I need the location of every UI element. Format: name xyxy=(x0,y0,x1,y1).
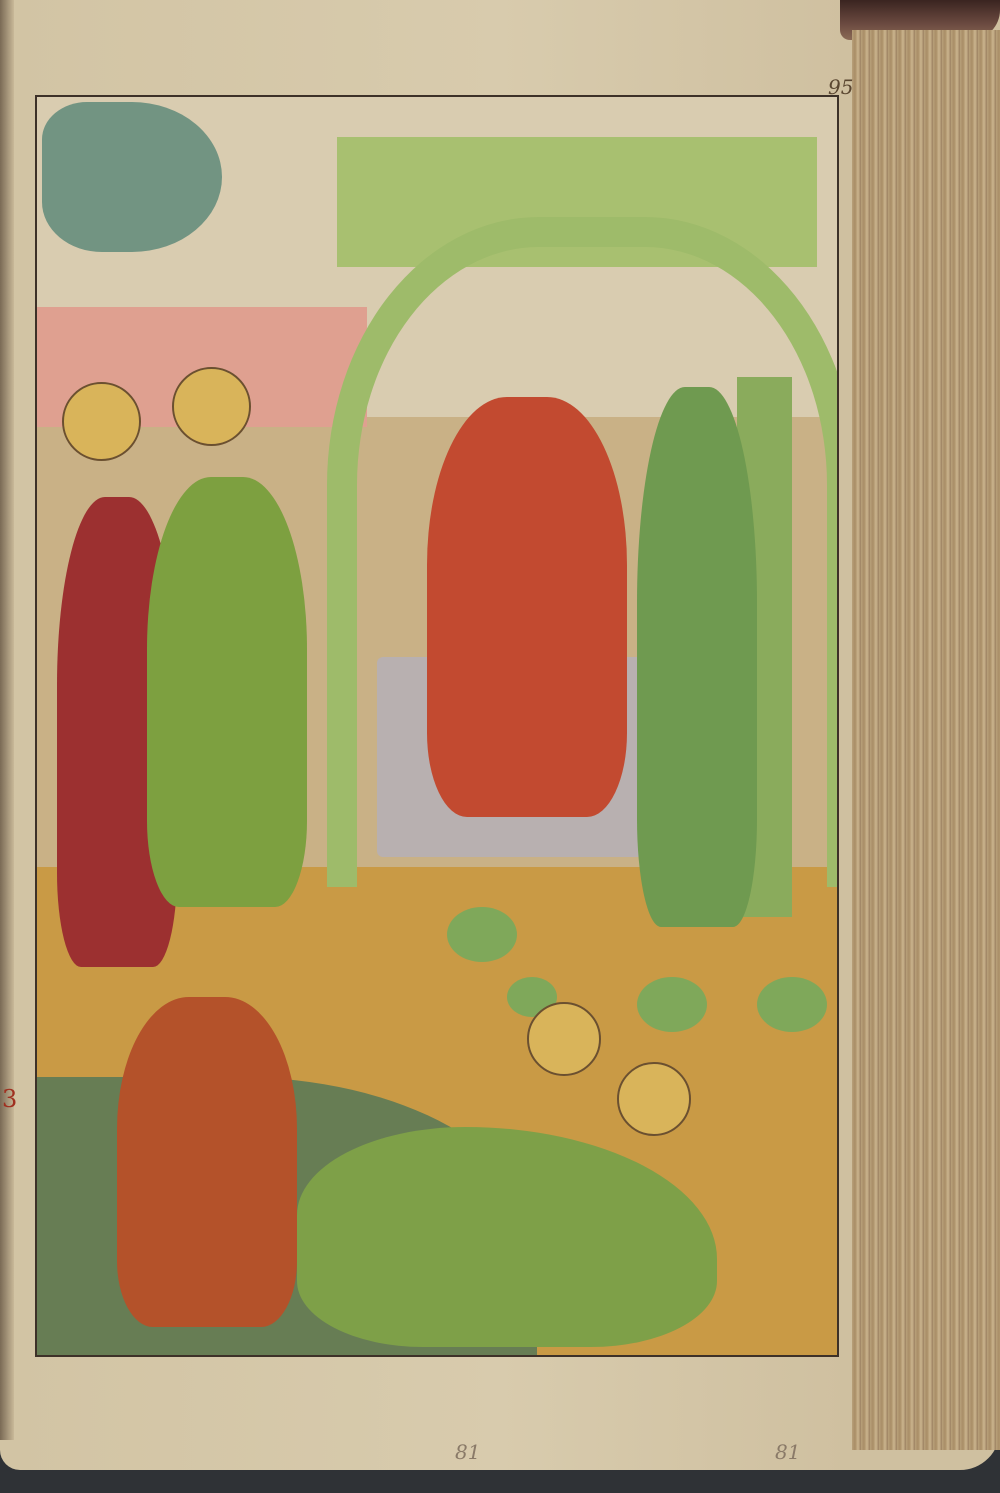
crowd-figures xyxy=(637,387,757,927)
page-edges xyxy=(852,30,1000,1450)
blessing-hand-cloud xyxy=(42,102,222,252)
devil-figure xyxy=(117,997,297,1327)
bottom-mark: 81 xyxy=(455,1440,480,1464)
shrub xyxy=(757,977,827,1032)
halo-icon xyxy=(527,1002,601,1076)
shrub xyxy=(447,907,517,962)
margin-mark: 3 xyxy=(2,1085,17,1113)
halo-icon xyxy=(62,382,141,461)
halo-icon xyxy=(617,1062,691,1136)
miniature-illustration xyxy=(35,95,839,1357)
halo-icon xyxy=(172,367,251,446)
book-gutter xyxy=(0,0,14,1440)
king-figure xyxy=(427,397,627,817)
apostle-figure xyxy=(147,477,307,907)
shrub xyxy=(637,977,707,1032)
manuscript-page: 95 3 81 81 xyxy=(0,0,1000,1470)
bottom-mark: 81 xyxy=(775,1440,800,1464)
